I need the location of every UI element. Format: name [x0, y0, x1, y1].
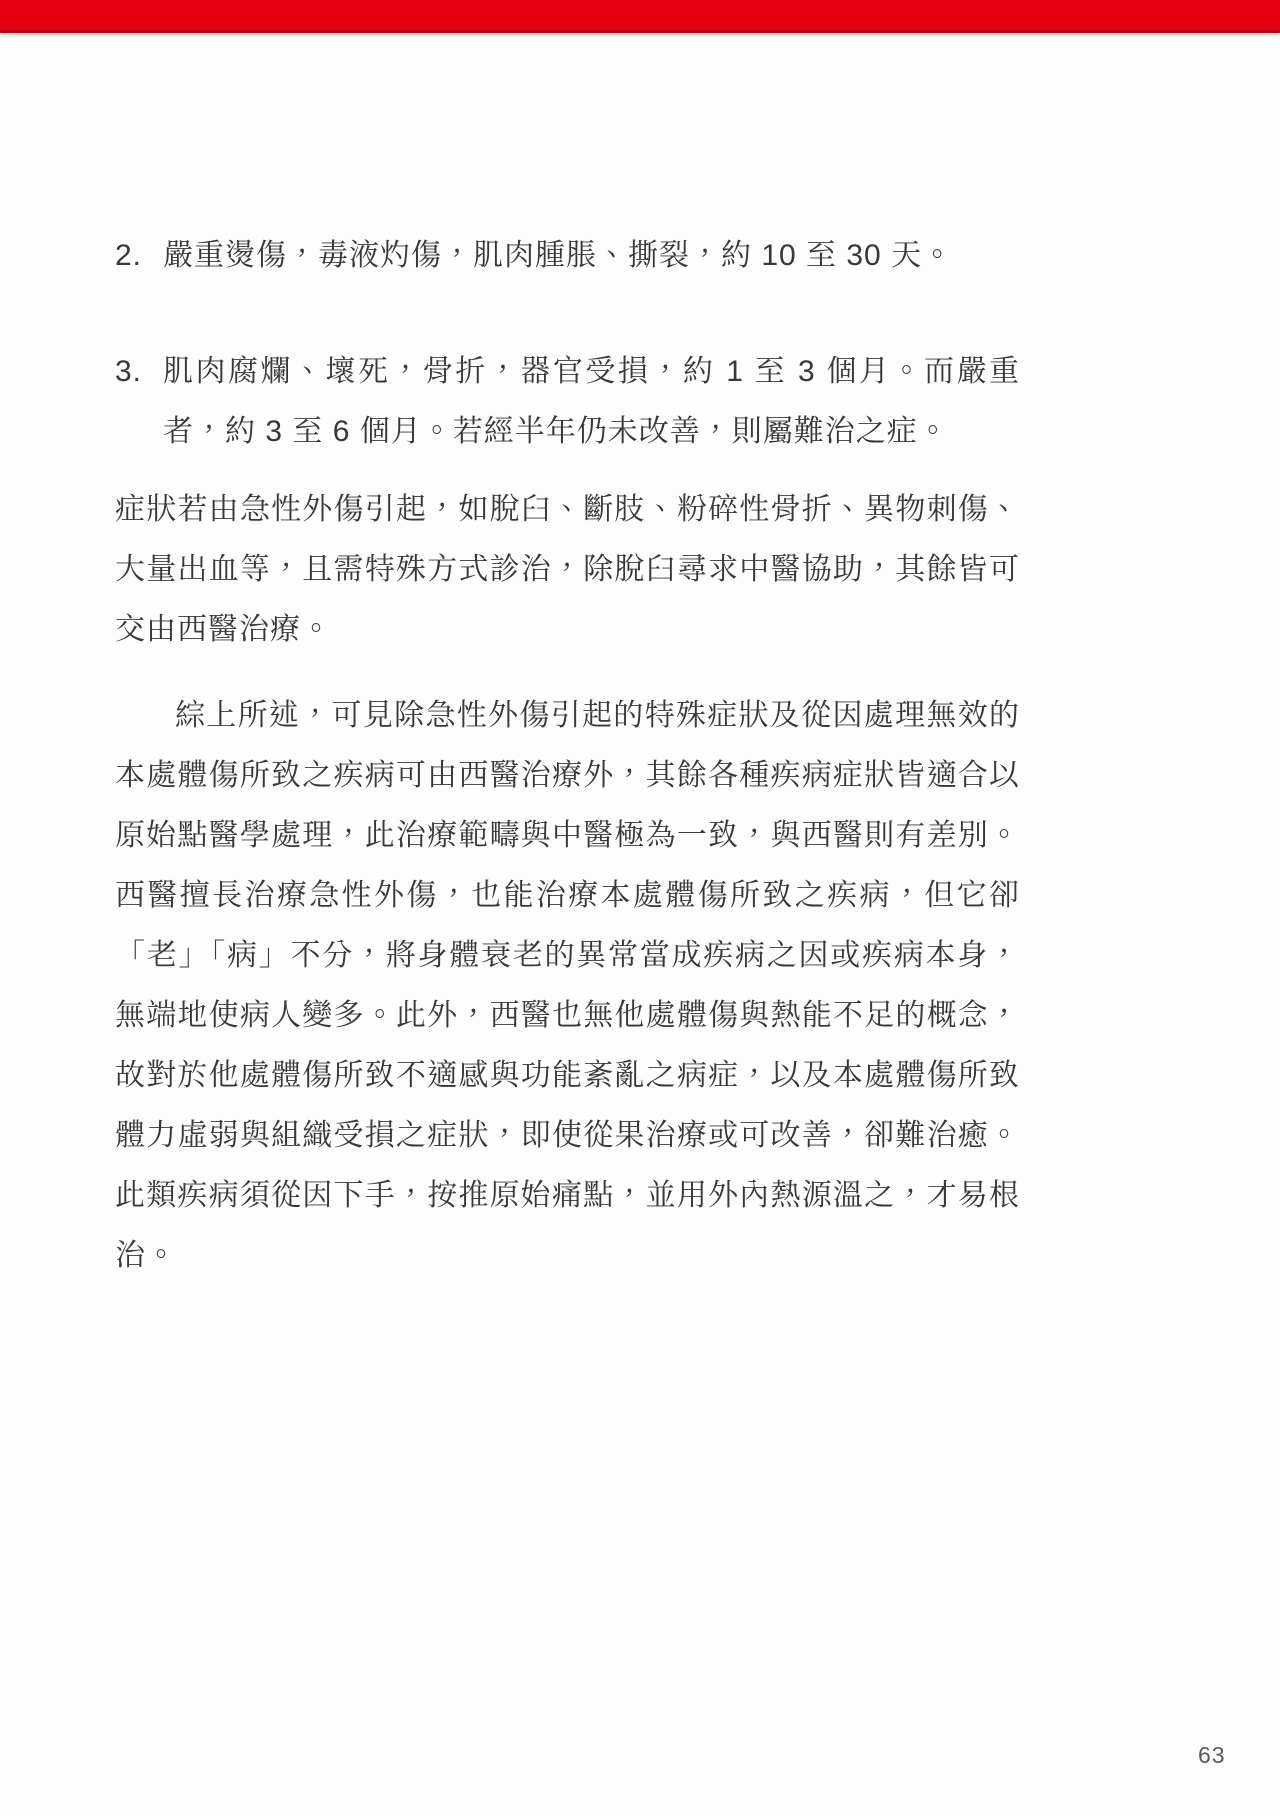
page-content: 2.嚴重燙傷，毒液灼傷，肌肉腫脹、撕裂，約 10 至 30 天。3.肌肉腐爛、壞…	[115, 226, 1020, 1312]
numbered-list: 2.嚴重燙傷，毒液灼傷，肌肉腫脹、撕裂，約 10 至 30 天。3.肌肉腐爛、壞…	[115, 226, 1020, 462]
list-item-marker: 3.	[115, 342, 163, 402]
top-banner	[0, 0, 1280, 33]
list-item-text: 嚴重燙傷，毒液灼傷，肌肉腫脹、撕裂，約 10 至 30 天。	[163, 226, 1020, 286]
document-page: 2.嚴重燙傷，毒液灼傷，肌肉腫脹、撕裂，約 10 至 30 天。3.肌肉腐爛、壞…	[0, 0, 1280, 1816]
body-paragraphs: 症狀若由急性外傷引起，如脫臼、斷肢、粉碎性骨折、異物刺傷、大量出血等，且需特殊方…	[115, 480, 1020, 1286]
list-item: 3.肌肉腐爛、壞死，骨折，器官受損，約 1 至 3 個月。而嚴重者，約 3 至 …	[115, 342, 1020, 462]
body-paragraph: 症狀若由急性外傷引起，如脫臼、斷肢、粉碎性骨折、異物刺傷、大量出血等，且需特殊方…	[115, 480, 1020, 660]
list-item-text: 肌肉腐爛、壞死，骨折，器官受損，約 1 至 3 個月。而嚴重者，約 3 至 6 …	[163, 342, 1020, 462]
list-item-marker: 2.	[115, 226, 163, 286]
list-item: 2.嚴重燙傷，毒液灼傷，肌肉腫脹、撕裂，約 10 至 30 天。	[115, 226, 1020, 286]
page-number: 63	[1198, 1742, 1226, 1769]
body-paragraph: 綜上所述，可見除急性外傷引起的特殊症狀及從因處理無效的本處體傷所致之疾病可由西醫…	[115, 686, 1020, 1286]
